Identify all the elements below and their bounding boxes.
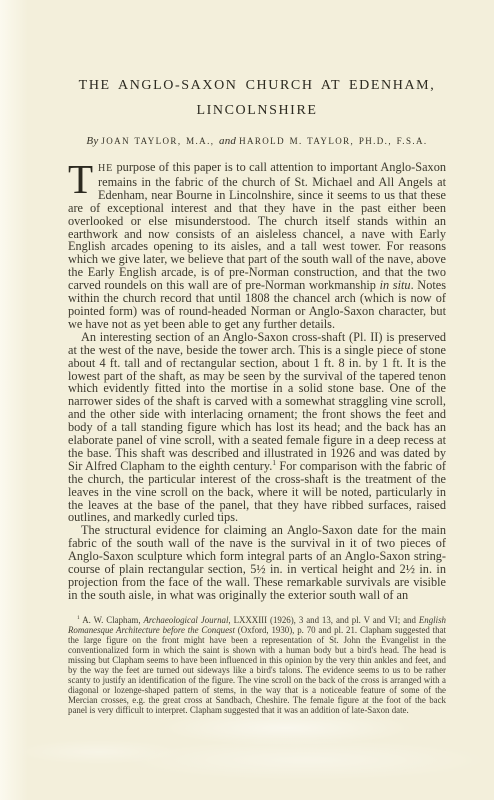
text-segment: in situ [380,278,411,292]
drop-cap: T [68,161,98,196]
text-segment: JOAN TAYLOR, M.A., [101,136,219,146]
text-segment: , LXXXIII (1926), 3 and 13, and pl. V an… [228,615,418,625]
text-segment: The structural evidence for claiming an … [68,523,446,602]
text-segment: By [86,135,101,147]
paragraph-1: T HE purpose of this paper is to call at… [68,161,446,331]
scanned-paper-page: THE ANGLO-SAXON CHURCH AT EDENHAM, LINCO… [0,0,494,800]
paragraph-3: The structural evidence for claiming an … [68,524,446,601]
paragraph-1-text: HE purpose of this paper is to call atte… [68,160,446,331]
article-title-line2: LINCOLNSHIRE [196,103,317,118]
text-segment: An interesting section of an Anglo-Saxon… [68,330,446,473]
article-title: THE ANGLO-SAXON CHURCH AT EDENHAM, LINCO… [68,73,446,123]
text-segment: Archaeological Journal [143,615,228,625]
text-segment: HAROLD M. TAYLOR, PH.D., F.S.A. [239,136,427,146]
footnote-1: 1 A. W. Clapham, Archaeological Journal,… [68,615,446,715]
text-segment: (Oxford, 1930), p. 70 and pl. 21. Clapha… [68,625,446,715]
paragraph-2: An interesting section of an Anglo-Saxon… [68,331,446,525]
text-segment: and [219,135,239,147]
byline: By JOAN TAYLOR, M.A., and HAROLD M. TAYL… [68,134,446,148]
text-segment: purpose of this paper is to call attenti… [68,160,446,292]
text-segment: HE [98,163,113,174]
article-title-line1: THE ANGLO-SAXON CHURCH AT EDENHAM, [79,78,436,93]
text-segment: A. W. Clapham, [80,615,144,625]
